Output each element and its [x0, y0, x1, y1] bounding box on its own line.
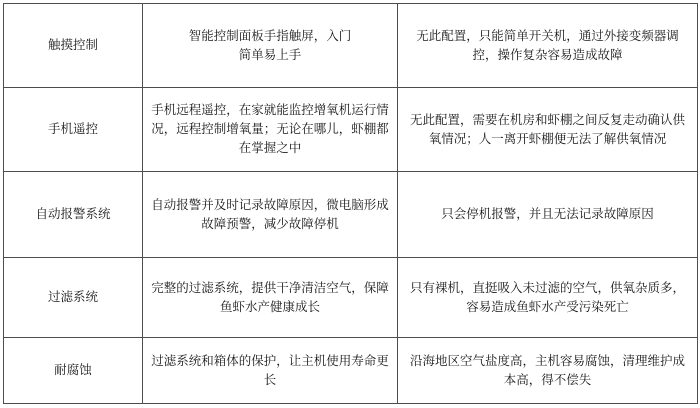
feature-name-cell: 过滤系统 — [4, 258, 143, 338]
disadvantage-cell: 沿海地区空气盐度高，主机容易腐蚀，清理维护成本高，得不偿失 — [398, 338, 698, 404]
comparison-table: 触摸控制智能控制面板手指触屏，入门 简单易上手无此配置，只能简单开关机，通过外接… — [3, 3, 698, 404]
advantage-cell: 过滤系统和箱体的保护，让主机使用寿命更长 — [143, 338, 398, 404]
disadvantage-cell: 只会停机报警，并且无法记录故障原因 — [398, 172, 698, 258]
advantage-cell: 手机远程遥控，在家就能监控增氧机运行情况，远程控制增氧量；无论在哪儿，虾棚都在掌… — [143, 88, 398, 172]
disadvantage-cell: 无此配置，需要在机房和虾棚之间反复走动确认供氧情况；人一离开虾棚便无法了解供氧情… — [398, 88, 698, 172]
table-row: 过滤系统完整的过滤系统，提供干净清洁空气，保障鱼虾水产健康成长只有裸机，直挺吸入… — [4, 258, 698, 338]
feature-name-cell: 耐腐蚀 — [4, 338, 143, 404]
feature-name-cell: 手机遥控 — [4, 88, 143, 172]
table-row: 耐腐蚀过滤系统和箱体的保护，让主机使用寿命更长沿海地区空气盐度高，主机容易腐蚀，… — [4, 338, 698, 404]
advantage-cell: 自动报警并及时记录故障原因，微电脑形成故障预警，减少故障停机 — [143, 172, 398, 258]
disadvantage-cell: 只有裸机，直挺吸入未过滤的空气，供氧杂质多，容易造成鱼虾水产受污染死亡 — [398, 258, 698, 338]
feature-name-cell: 触摸控制 — [4, 4, 143, 88]
comparison-table-body: 触摸控制智能控制面板手指触屏，入门 简单易上手无此配置，只能简单开关机，通过外接… — [4, 4, 698, 404]
advantage-cell: 完整的过滤系统，提供干净清洁空气，保障鱼虾水产健康成长 — [143, 258, 398, 338]
feature-name-cell: 自动报警系统 — [4, 172, 143, 258]
disadvantage-cell: 无此配置，只能简单开关机，通过外接变频器调控，操作复杂容易造成故障 — [398, 4, 698, 88]
table-row: 自动报警系统自动报警并及时记录故障原因，微电脑形成故障预警，减少故障停机只会停机… — [4, 172, 698, 258]
table-row: 手机遥控手机远程遥控，在家就能监控增氧机运行情况，远程控制增氧量；无论在哪儿，虾… — [4, 88, 698, 172]
table-row: 触摸控制智能控制面板手指触屏，入门 简单易上手无此配置，只能简单开关机，通过外接… — [4, 4, 698, 88]
advantage-cell: 智能控制面板手指触屏，入门 简单易上手 — [143, 4, 398, 88]
